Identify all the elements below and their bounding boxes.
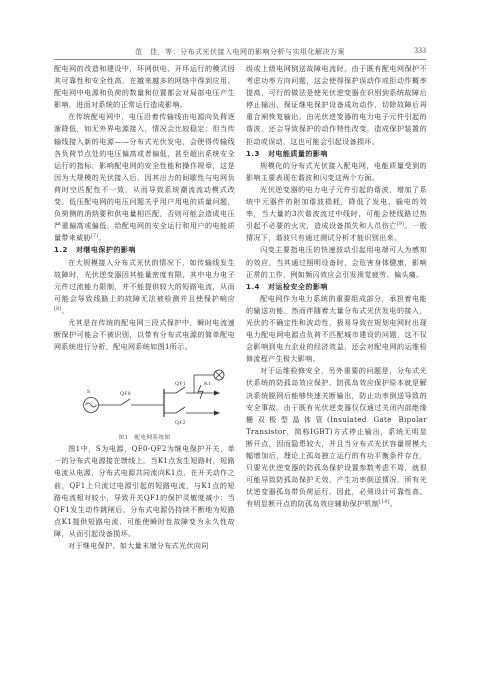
- paragraph: 闪变主要指电压的快速波动引起用电端可人为感知的效应，当其通过照明设备时，会危害身…: [246, 244, 427, 280]
- figure-distribution-network: S QF0 QF1 K1 QF2: [54, 355, 235, 433]
- switch-qf1-icon: [176, 387, 185, 393]
- paragraph: 对于运维检修安全，另外重要的问题是，分布式光伏系统的防孤岛效应保护。防孤岛效应保…: [246, 365, 427, 510]
- citation: [10]: [379, 500, 390, 505]
- figure-caption: 图1 配电网系统图: [54, 433, 235, 443]
- arrow-icon: [214, 411, 220, 416]
- section-heading-1-4: 1.4对运检安全的影响: [246, 281, 427, 293]
- section-heading-1-2: 1.2对继电保护的影响: [54, 244, 235, 256]
- label-source: S: [87, 389, 90, 395]
- switch-qf2-icon: [176, 407, 185, 413]
- paragraph: 在传统配电网中，电压沿着传输线由电源向负荷逐渐降低，如无外界电源接入，情况会比较…: [54, 111, 235, 244]
- circuit-diagram: S QF0 QF1 K1 QF2: [54, 355, 235, 433]
- running-title: 范 佳，等：分布式光伏接入电网的影响分析与实用化解决方案: [54, 47, 426, 57]
- switch-qf0-icon: [121, 399, 130, 405]
- fault-lightning-icon: [198, 385, 203, 399]
- paragraph: 图1中，S为电源，QF0-QF2为继电保护开关，单一的分布式电源接在馈线上。当K…: [54, 443, 235, 540]
- running-header: 范 佳，等：分布式光伏接入电网的影响分析与实用化解决方案 333: [54, 44, 426, 58]
- section-heading-1-3: 1.3对电能质量的影响: [246, 148, 427, 160]
- paragraph: 在大规模接入分布式光伏的情况下，如传输线发生故障时，光伏逆变器因其能量密度有限，…: [54, 257, 235, 317]
- paragraph: 配电网的改造和建设中，环网供电、开环运行的模式因其可靠性和安全性高，在越来越多的…: [54, 63, 235, 111]
- paragraph: 尤其是在传统的配电网三段式保护中，瞬时电流速断保护可能会不被识别，以带有分布式电…: [54, 317, 235, 353]
- paragraph: 配电网作为电力系统的重要组成部分，承担着电能的输送功能，然而伴随着大量分布式光伏…: [246, 293, 427, 366]
- left-column: 配电网的改造和建设中，环网供电、开环运行的模式因其可靠性和安全性高，在越来越多的…: [54, 63, 235, 552]
- paragraph: 光伏逆变器的电力电子元件引起的谐波，增加了系统中元器件的附加谐波损耗，降低了发电…: [246, 184, 427, 244]
- paragraph: 级或上级电网倒送故障电流时，由于既有配电网保护不考虑功率方向问题，这会使得保护误…: [246, 63, 427, 148]
- right-column: 级或上级电网倒送故障电流时，由于既有配电网保护不考虑功率方向问题，这会使得保护误…: [246, 63, 427, 510]
- arrow-icon: [214, 391, 220, 396]
- label-k1: K1: [204, 381, 211, 387]
- page-number: 333: [414, 46, 426, 55]
- paragraph: 规模化的分布式光伏接入配电网，电能质量受到的影响主要表现在谐波和闪变这两个方面。: [246, 160, 427, 184]
- label-qf0: QF0: [120, 391, 131, 397]
- label-qf2: QF2: [175, 420, 186, 426]
- paragraph: 对于继电保护，如大量末端分布式光伏向同: [54, 540, 235, 552]
- header-rule: [54, 59, 426, 60]
- label-qf1: QF1: [175, 381, 186, 387]
